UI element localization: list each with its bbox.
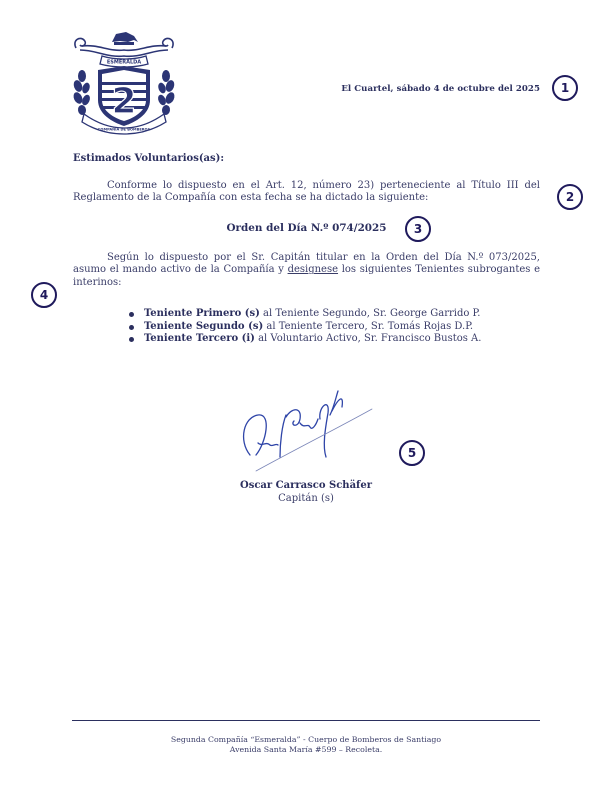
list-item: Teniente Primero (s) al Teniente Segundo… (128, 308, 481, 321)
signer-name: Oscar Carrasco Schäfer (150, 480, 462, 491)
svg-text:COMPAÑIA DE BOMBEROS: COMPAÑIA DE BOMBEROS (98, 127, 151, 132)
designation-paragraph: Según lo dispuesto por el Sr. Capitán ti… (73, 252, 540, 289)
svg-text:ESMERALDA: ESMERALDA (107, 60, 141, 66)
appointment-role: Teniente Tercero (i) (144, 333, 255, 344)
letter-page: ESMERALDA 2 COMPAÑIA DE BOMBER (0, 0, 612, 792)
footer-address: Avenida Santa María #599 – Recoleta. (72, 745, 540, 754)
annotation-marker-4: 4 (31, 282, 57, 308)
handwritten-signature-icon (236, 385, 376, 477)
svg-text:2: 2 (111, 81, 136, 122)
order-title: Orden del Día N.º 074/2025 (73, 222, 540, 234)
annotation-marker-5: 5 (399, 440, 425, 466)
appointment-detail: al Teniente Tercero, Sr. Tomás Rojas D.P… (263, 321, 473, 332)
appointment-role: Teniente Primero (s) (144, 308, 260, 319)
list-item: Teniente Tercero (i) al Voluntario Activ… (128, 333, 481, 346)
intro-paragraph: Conforme lo dispuesto en el Art. 12, núm… (73, 180, 540, 205)
footer-divider (72, 720, 540, 721)
annotation-marker-3: 3 (405, 216, 431, 242)
appointment-detail: al Teniente Segundo, Sr. George Garrido … (260, 308, 481, 319)
designation-underlined-word: designese (288, 264, 338, 275)
annotation-marker-1: 1 (552, 75, 578, 101)
intro-paragraph-text: Conforme lo dispuesto en el Art. 12, núm… (73, 180, 540, 203)
annotation-marker-2: 2 (557, 184, 583, 210)
footer-organization: Segunda Compañía “Esmeralda” - Cuerpo de… (72, 735, 540, 744)
list-item: Teniente Segundo (s) al Teniente Tercero… (128, 321, 481, 334)
signer-title: Capitán (s) (150, 493, 462, 504)
date-line: El Cuartel, sábado 4 de octubre del 2025 (300, 84, 540, 94)
appointment-role: Teniente Segundo (s) (144, 321, 263, 332)
appointments-list: Teniente Primero (s) al Teniente Segundo… (128, 308, 481, 346)
greeting: Estimados Voluntarios(as): (73, 153, 224, 164)
company-crest-icon: ESMERALDA 2 COMPAÑIA DE BOMBER (68, 30, 180, 135)
appointment-detail: al Voluntario Activo, Sr. Francisco Bust… (255, 333, 482, 344)
